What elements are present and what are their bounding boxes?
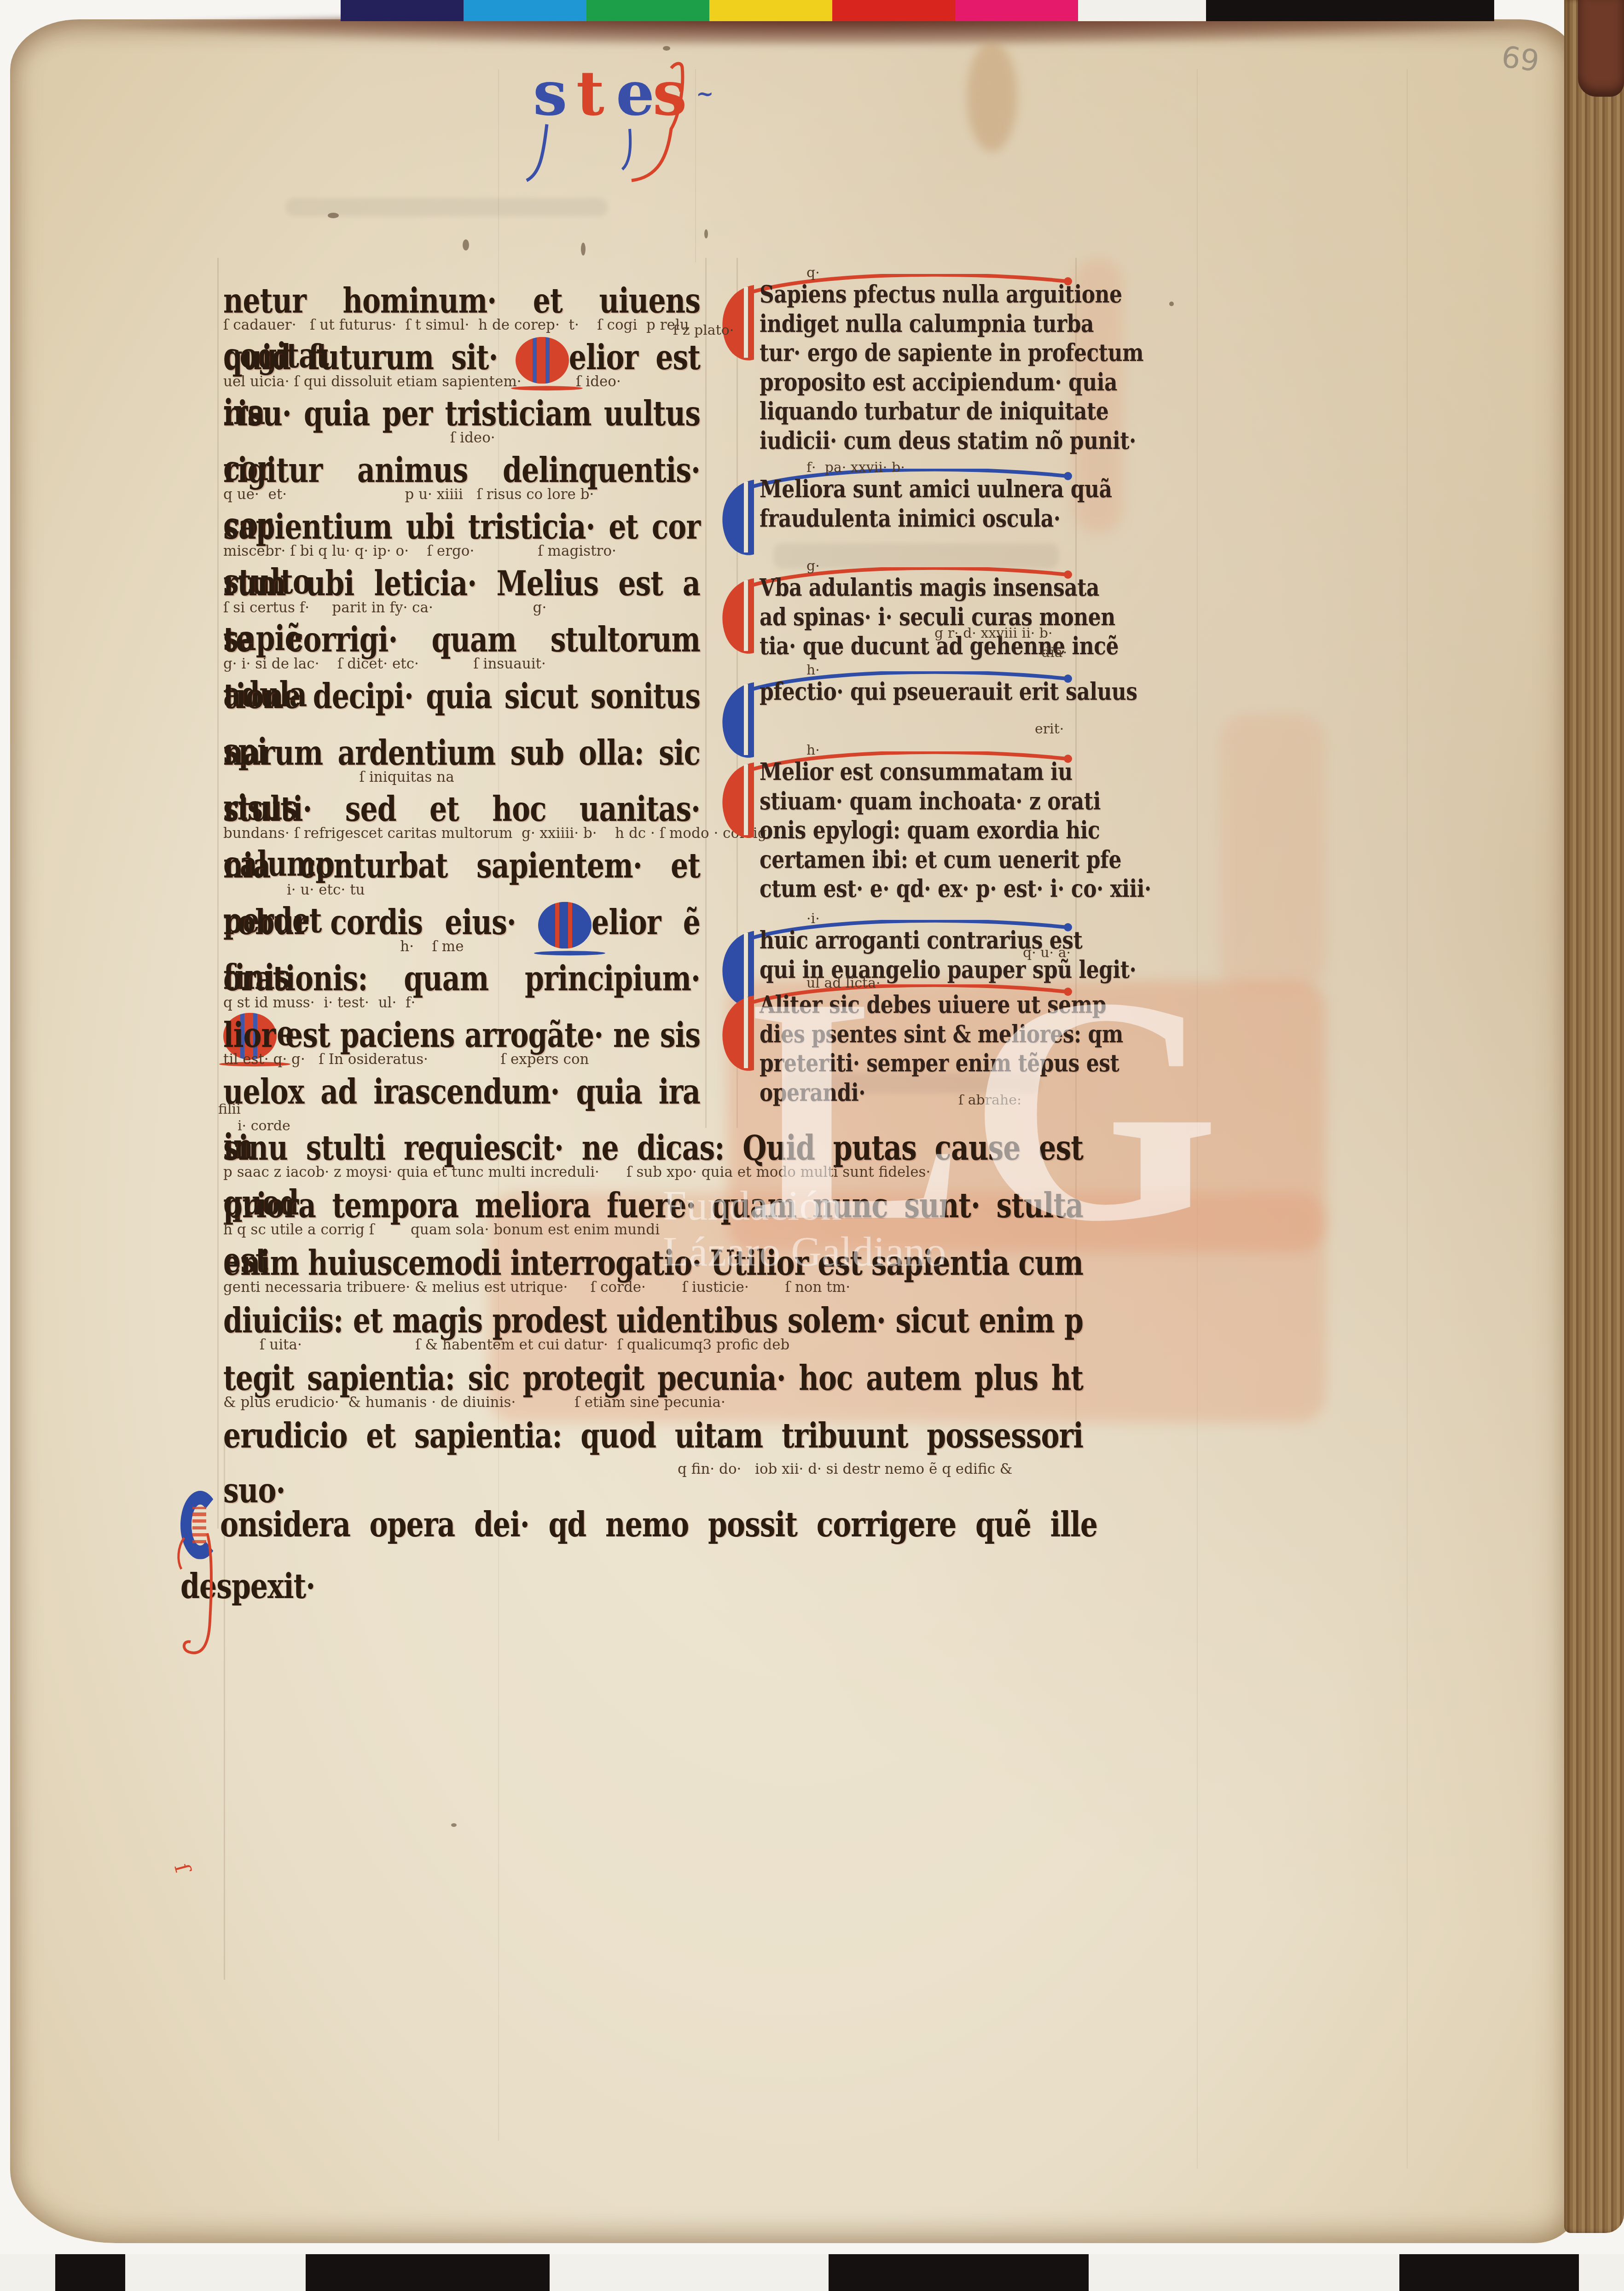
bible-line-text: diuiciis: et magis prodest uidentibus so… — [223, 1301, 1083, 1341]
manuscript-photo: stes~ 69 netur hominum· et uiuens cogita… — [0, 0, 1624, 2291]
paragraph-heading-gloss: f· pa· xxvii· b· — [806, 459, 905, 476]
facing-page-offset-stain — [1220, 714, 1326, 990]
calibration-checker-square — [125, 2254, 306, 2291]
marginal-note: i· corde — [238, 1118, 290, 1134]
commentary-line: pfectio· qui pseuerauit erit saluus — [760, 680, 1137, 704]
calibration-checker-square — [1579, 2254, 1624, 2291]
ink-speck — [1169, 302, 1174, 306]
commentary-line: liquando turbatur de iniquitate — [760, 400, 1108, 424]
binding-leather-corner — [1578, 0, 1624, 97]
watermark-line1: Fundación — [663, 1181, 841, 1230]
bible-line-text: tegit sapientia: sic protegit pecunia· h… — [223, 1359, 1083, 1399]
running-title-flourishes — [516, 60, 755, 212]
paragraph-heading-gloss: ·i· — [806, 911, 820, 927]
calibration-checker-square — [306, 2254, 550, 2291]
bible-line-text: onsidera opera dei· qd nemo possit corri… — [180, 1505, 1097, 1607]
initial-c-penwork-tail — [175, 1533, 239, 1671]
vellum-fold-line — [1407, 69, 1408, 2169]
calibration-color-square — [955, 0, 1078, 21]
calibration-checker-square — [55, 2254, 125, 2291]
calibration-checker-square — [1089, 2254, 1399, 2291]
calibration-checker-square — [1399, 2254, 1579, 2291]
marginal-note: ſ z plato· — [673, 322, 734, 338]
top-edge-stain — [967, 41, 1017, 152]
calibration-white-square — [1078, 0, 1206, 21]
book-fore-edge — [1564, 0, 1624, 2233]
calibration-color-square — [464, 0, 586, 21]
calibration-black-square — [1206, 0, 1494, 21]
ink-speck — [704, 229, 708, 238]
bible-line-text: quid futurum sit· — [223, 338, 516, 378]
marginal-note: filii — [218, 1101, 241, 1117]
folio-number: 69 — [1499, 40, 1541, 79]
ink-speck — [463, 239, 469, 250]
calibration-checker-square — [829, 2254, 1089, 2291]
commentary-line: Meliora sunt amici uulnera quã — [760, 478, 1112, 502]
bible-line-text: orationis: quam principium· — [223, 959, 700, 1000]
interlinear-gloss: q fin· do· iob xii· d· si destr nemo ẽ q… — [678, 1460, 1012, 1478]
ink-speck — [451, 1823, 457, 1827]
text-ruling-line — [217, 258, 219, 1529]
ink-speck — [328, 213, 339, 218]
bible-line: onsidera opera dei· qd nemo possit corri… — [180, 1491, 1097, 1614]
paragraph-heading-gloss: g· — [806, 558, 820, 574]
commentary-line: Vba adulantis magis insensata — [760, 576, 1099, 600]
text-ruling-line — [705, 258, 707, 1128]
calibration-color-square — [341, 0, 464, 21]
paragraph-heading-gloss: h· — [806, 742, 820, 758]
calibration-color-square — [586, 0, 709, 21]
calibration-color-square — [709, 0, 832, 21]
marginal-note: erit· — [1035, 721, 1064, 737]
commentary-line: indiget nulla calumpnia turba — [760, 313, 1094, 337]
commentary-line: Sapiens pfectus nulla arguitione — [760, 283, 1122, 307]
calibration-color-square — [832, 0, 955, 21]
ink-speck — [663, 46, 670, 51]
marginal-note: dia· — [1041, 645, 1067, 661]
commentary-line: iudicii· cum deus statim nõ punit· — [760, 430, 1136, 454]
bible-line-text: robur cordis eius· — [223, 903, 538, 943]
commentary-line: onis epylogi: quam exordia hic — [760, 819, 1100, 843]
commentary-line: tur· ergo de sapiente in profectum — [760, 342, 1143, 366]
commentary-line: fraudulenta inimici oscula· — [760, 507, 1061, 531]
ink-speck — [581, 243, 586, 256]
calibration-checker-square — [550, 2254, 829, 2291]
paragraph-heading-gloss: h· — [806, 662, 820, 678]
watermark-line2: Lázaro Galdiano — [663, 1227, 946, 1276]
bible-line-text: lior est paciens arrogãte· ne sis — [223, 1016, 700, 1056]
commentary-line: Melior est consummatam iu — [760, 761, 1073, 785]
commentary-line: ctum est· e· qd· ex· p· est· i· co· xiii… — [760, 878, 1151, 901]
commentary-line: stiuam· quam inchoata· z orati — [760, 790, 1101, 814]
paragraph-heading-gloss: q· — [806, 265, 820, 281]
calibration-checker-square — [0, 2254, 55, 2291]
commentary-line: certamen ibi: et cum uenerit pfe — [760, 849, 1121, 872]
decorated-initial-m — [538, 901, 592, 948]
commentary-line: proposito est accipiendum· quia — [760, 371, 1117, 395]
marginal-note: g r· d· xxviii ii· b· — [934, 625, 1053, 641]
